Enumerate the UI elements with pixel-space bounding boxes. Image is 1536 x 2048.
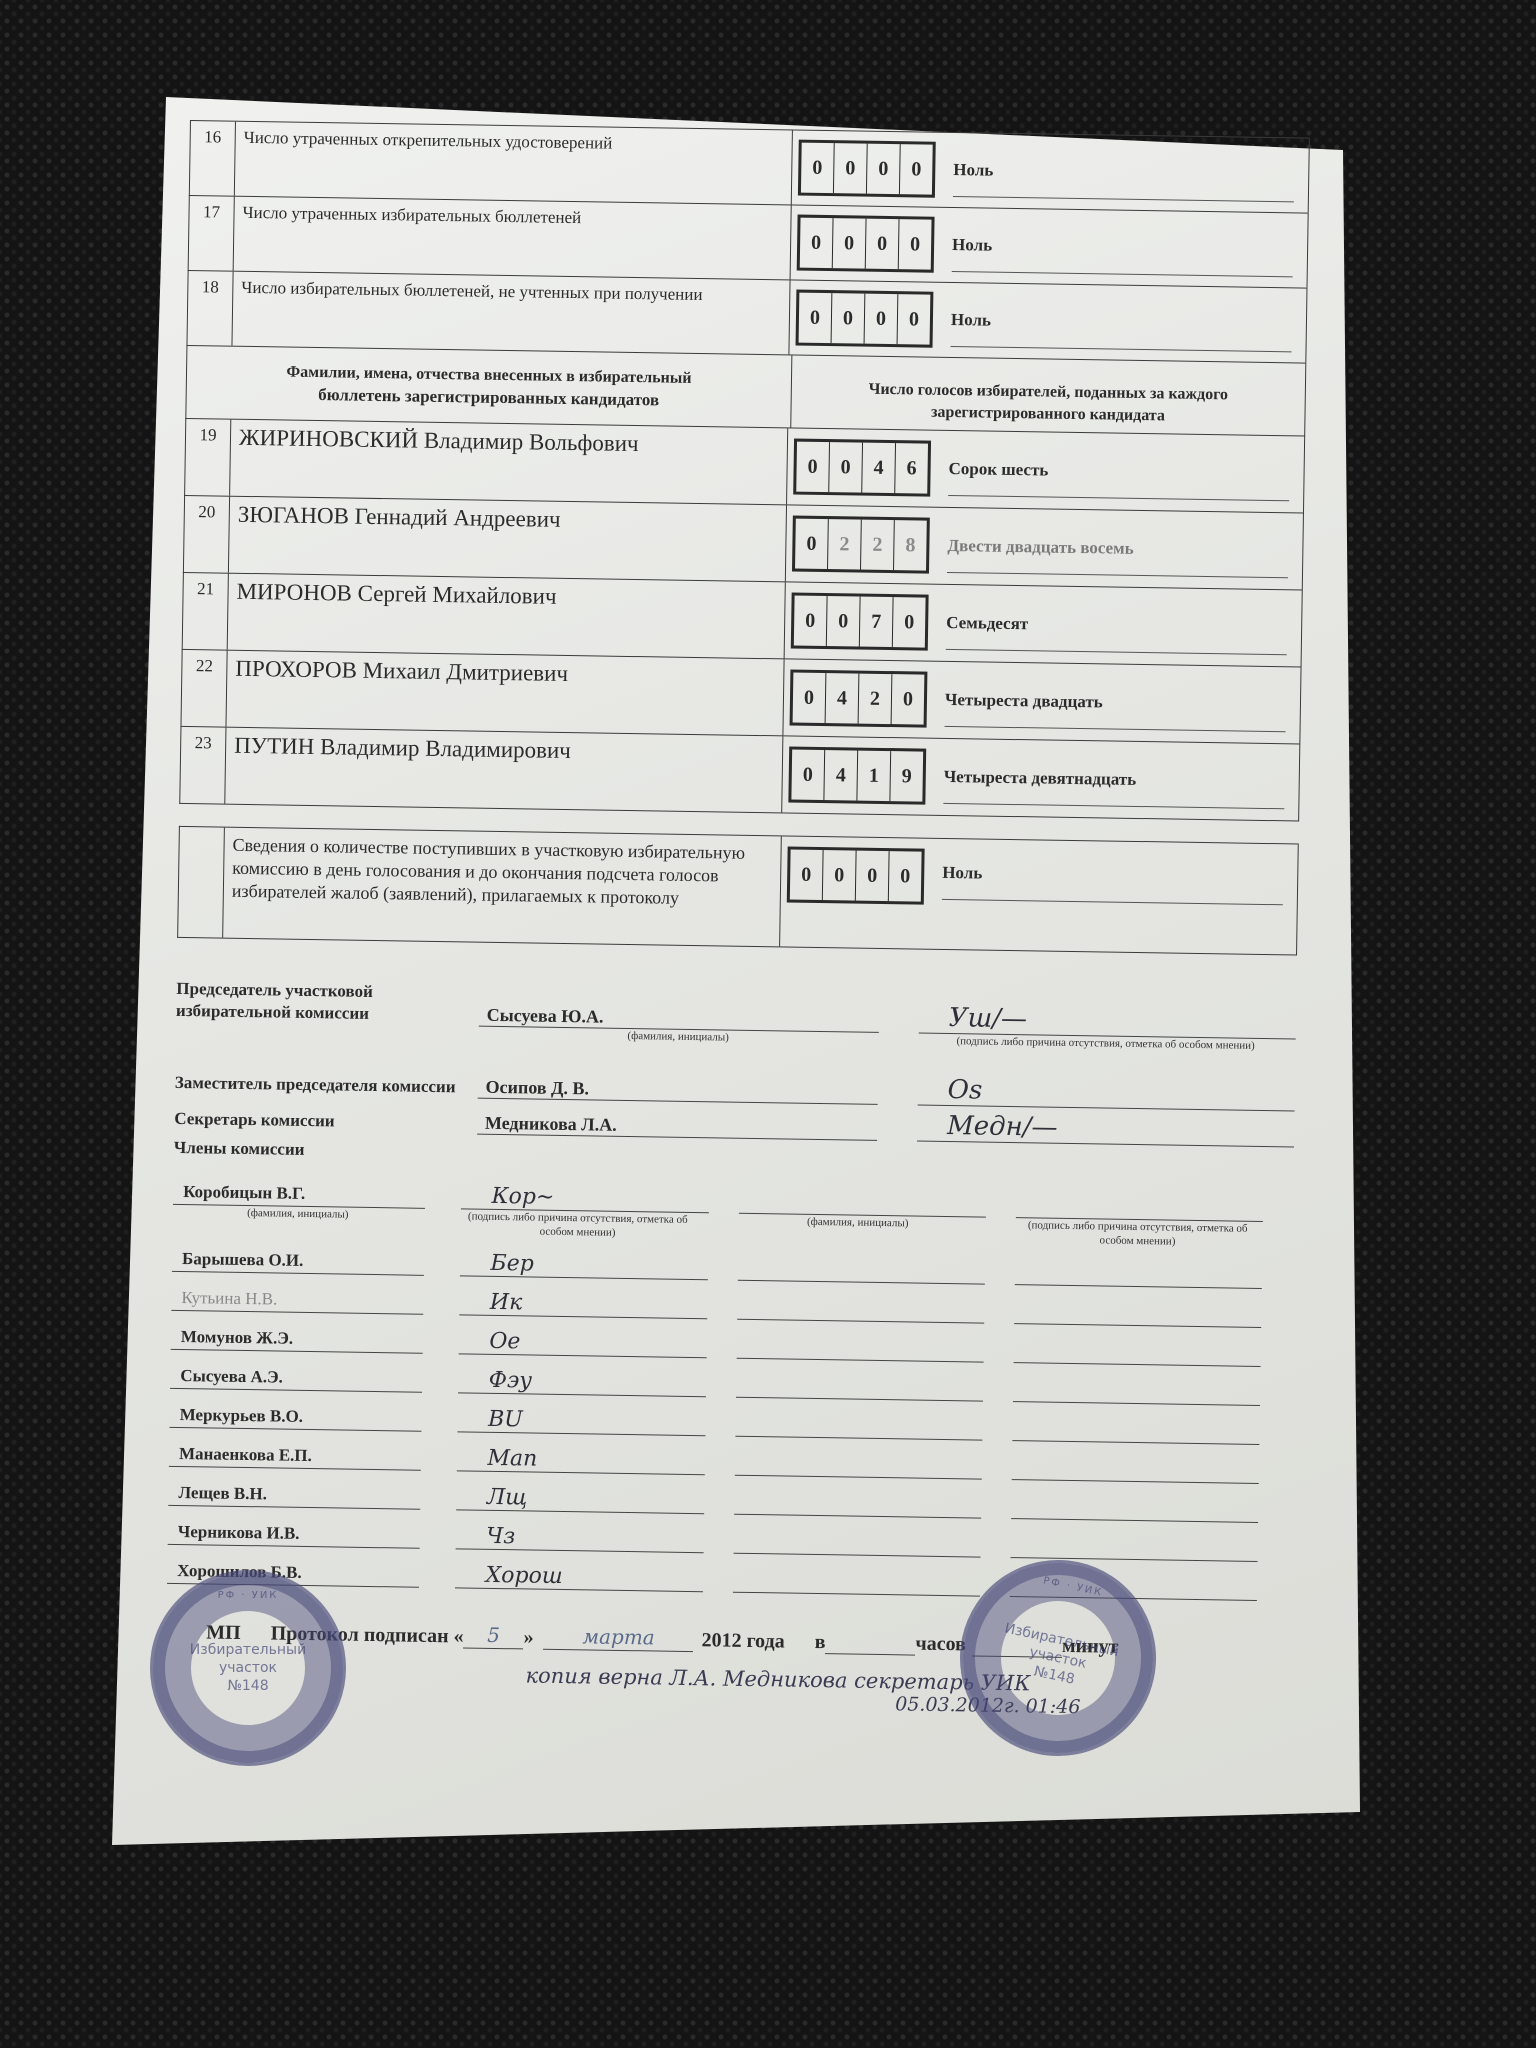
stamp-ring-text: РФ · УИК	[1041, 1572, 1104, 1602]
member-row: Меркурьев В.О. ВU	[169, 1405, 1289, 1446]
digit-cell: 0	[795, 519, 829, 570]
signature-scribble: Уш/—	[949, 1003, 1028, 1034]
digit-boxes: 0420	[790, 669, 928, 727]
year-label: 2012 года	[701, 1629, 784, 1653]
hours-field[interactable]	[825, 1653, 915, 1655]
digit-cell: 0	[801, 143, 835, 194]
digit-boxes: 0228	[792, 516, 930, 574]
signature-scribble: Оѕ	[947, 1075, 982, 1106]
stamp-left: РФ · УИК Избирательный участок №148	[150, 1570, 346, 1766]
vote-count-cell: 0046 Сорок шесть	[787, 428, 1305, 512]
candidate-name: ЖИРИНОВСКИЙ Владимир Вольфович	[230, 420, 788, 505]
digit-cell: 0	[829, 442, 863, 493]
signature-scribble: ВU	[488, 1407, 523, 1433]
vote-count-cell: 0000 Ноль	[791, 205, 1309, 287]
digit-cell: 0	[866, 219, 900, 270]
extra-name-line[interactable]	[733, 1570, 981, 1597]
candidate-name: МИРОНОВ Сергей Михайлович	[228, 574, 786, 659]
signature-scribble: Ик	[490, 1290, 523, 1316]
extra-name-line[interactable]	[734, 1453, 982, 1480]
signature-scribble: Кор~	[491, 1184, 554, 1210]
digit-cell: 6	[895, 443, 928, 493]
extra-signature-line[interactable]	[1015, 1262, 1263, 1289]
name-caption: (фамилия, инициалы)	[173, 1205, 423, 1237]
complaints-section: Сведения о количестве поступивших в учас…	[177, 826, 1299, 956]
row-number: 23	[180, 727, 226, 804]
member-name: Барышева О.И.	[172, 1249, 425, 1276]
month-field[interactable]: марта	[543, 1624, 693, 1652]
complaints-count-cell: 0000 Ноль	[780, 836, 1299, 954]
day-field[interactable]: 5	[463, 1622, 523, 1649]
officer-name: Медникова Л.А.	[477, 1113, 877, 1141]
officer-signature-line[interactable]: Оѕ	[917, 1071, 1295, 1112]
extra-signature-line[interactable]	[1010, 1535, 1258, 1562]
candidate-name: ПРОХОРОВ Михаил Дмитриевич	[226, 651, 784, 736]
member-signature-line[interactable]: ВU	[458, 1409, 706, 1436]
row-number: 18	[187, 271, 233, 346]
digit-boxes: 0000	[787, 846, 925, 904]
info-rows: 16 Число утраченных открепительных удост…	[186, 120, 1309, 363]
member-name: Кутьина Н.В.	[171, 1288, 424, 1315]
officer-signature-line[interactable]: Уш/—	[919, 999, 1297, 1040]
count-in-words: Ноль	[953, 160, 1308, 186]
officer-role: Председатель участковой избирательной ко…	[176, 978, 479, 1027]
extra-name-line[interactable]	[737, 1258, 985, 1285]
extra-name-line[interactable]	[736, 1375, 984, 1402]
member-signature-line[interactable]: Бер	[460, 1253, 708, 1280]
member-row: Барышева О.И. Бер	[172, 1249, 1292, 1290]
officer-role: Секретарь комиссии	[174, 1108, 477, 1135]
digit-cell: 0	[833, 218, 867, 269]
digit-cell: 0	[889, 851, 922, 901]
digit-cell: 4	[826, 673, 860, 724]
extra-name-line[interactable]	[735, 1414, 983, 1441]
signature-caption: (подпись либо причина отсутствия, отметк…	[452, 1209, 702, 1241]
digit-boxes: 0000	[797, 215, 935, 273]
row-number-empty	[178, 827, 225, 938]
member-name: Момунов Ж.Э.	[171, 1327, 424, 1354]
member-name: Черникова И.В.	[168, 1522, 421, 1549]
digit-cell: 0	[867, 144, 901, 195]
stamp-ring-text: РФ · УИК	[218, 1587, 279, 1605]
extra-signature-line[interactable]	[1011, 1496, 1259, 1523]
extra-signature-line[interactable]	[1014, 1301, 1262, 1328]
member-row: Сысуева А.Э. Фэу	[170, 1366, 1290, 1407]
extra-name-line[interactable]	[737, 1297, 985, 1324]
extra-signature-line[interactable]	[1013, 1379, 1261, 1406]
digit-cell: 0	[793, 673, 827, 724]
extra-name-line[interactable]	[739, 1191, 987, 1218]
extra-signature-line[interactable]	[1012, 1418, 1260, 1445]
digit-cell: 0	[856, 851, 890, 902]
member-row: Момунов Ж.Э. Ое	[171, 1327, 1291, 1368]
name-caption: (фамилия, инициалы)	[732, 1214, 982, 1246]
count-in-words: Сорок шесть	[948, 459, 1303, 485]
digit-cell: 0	[794, 596, 828, 647]
vote-count-cell: 0070 Семьдесят	[785, 582, 1303, 666]
member-signature-line[interactable]: Ик	[460, 1292, 708, 1319]
digit-cell: 9	[890, 751, 923, 801]
member-signature-line[interactable]: Лщ	[457, 1487, 705, 1514]
candidates-header-right: Число голосов избирателей, поданных за к…	[791, 355, 1306, 435]
signature-scribble: Хорош	[485, 1563, 562, 1589]
digit-cell: 0	[834, 143, 868, 194]
quote-close: »	[523, 1626, 533, 1649]
member-signature-line[interactable]: Фэу	[458, 1370, 706, 1397]
vote-count-cell: 0000 Ноль	[789, 280, 1307, 362]
signature-scribble: Бер	[490, 1251, 534, 1277]
signature-scribble: Мап	[487, 1446, 537, 1472]
digit-cell: 4	[824, 750, 858, 801]
vote-count-cell: 0420 Четыреста двадцать	[783, 659, 1301, 743]
member-signature-line[interactable]: Кор~	[461, 1186, 709, 1213]
candidate-row: 23 ПУТИН Владимир Владимирович 0419 Четы…	[179, 726, 1300, 822]
candidates-header-left: Фамилии, имена, отчества внесенных в изб…	[186, 346, 792, 427]
row-label: Число утраченных избирательных бюллетене…	[234, 197, 792, 280]
digit-cell: 2	[861, 520, 895, 571]
digit-cell: 0	[865, 294, 899, 345]
member-name: Меркурьев В.О.	[169, 1405, 422, 1432]
digit-boxes: 0046	[793, 439, 931, 497]
vote-count-cell: 0228 Двести двадцать восемь	[786, 505, 1304, 589]
signature-scribble: Чз	[486, 1524, 515, 1549]
digit-boxes: 0419	[788, 746, 926, 804]
digit-cell: 0	[800, 218, 834, 269]
member-row: Манаенкова Е.П. Мап	[169, 1444, 1289, 1485]
digit-cell: 4	[862, 443, 896, 494]
member-signature-line[interactable]: Мап	[457, 1448, 705, 1475]
signature-scribble: Ое	[489, 1329, 520, 1354]
extra-name-line[interactable]	[733, 1531, 981, 1558]
row-number: 22	[181, 650, 227, 727]
signature-scribble: Лщ	[487, 1485, 528, 1511]
at-label: в	[814, 1631, 825, 1654]
digit-boxes: 0000	[796, 290, 934, 348]
row-label: Число утраченных открепительных удостове…	[235, 122, 793, 205]
complaints-label: Сведения о количестве поступивших в учас…	[223, 828, 782, 947]
member-row: Черникова И.В. Чз	[168, 1522, 1288, 1563]
extra-signature-line[interactable]	[1012, 1457, 1260, 1484]
vote-count-cell: 0419 Четыреста девятнадцать	[782, 736, 1300, 820]
member-name: Лещев В.Н.	[168, 1483, 421, 1510]
row-number: 19	[185, 419, 231, 496]
signature-scribble: Медн/—	[947, 1111, 1058, 1143]
digit-cell: 0	[823, 850, 857, 901]
signatures-block: Председатель участковой избирательной ко…	[167, 964, 1297, 1602]
row-number: 17	[189, 196, 235, 271]
digit-cell: 0	[892, 674, 925, 724]
digit-cell: 1	[857, 751, 891, 802]
vote-count-cell: 0000 Ноль	[792, 130, 1310, 212]
digit-cell: 0	[827, 596, 861, 647]
digit-cell: 0	[796, 442, 830, 493]
signature-caption: (подпись либо причина отсутствия, отметк…	[1012, 1218, 1262, 1250]
hours-label: часов	[915, 1633, 966, 1657]
row-number: 20	[184, 496, 230, 573]
row-label: Число избирательных бюллетеней, не учтен…	[232, 272, 790, 355]
row-number: 21	[183, 573, 229, 650]
member-signature-line[interactable]: Хорош	[455, 1565, 703, 1592]
digit-cell: 0	[900, 144, 933, 194]
signature-scribble: Фэу	[488, 1368, 532, 1394]
member-name: Сысуева А.Э.	[170, 1366, 423, 1393]
digit-cell: 7	[860, 597, 894, 648]
extra-signature-line[interactable]	[1013, 1340, 1261, 1367]
extra-signature-line[interactable]	[1016, 1195, 1264, 1222]
extra-name-line[interactable]	[736, 1336, 984, 1363]
complaints-row: Сведения о количестве поступивших в учас…	[177, 826, 1299, 956]
digit-boxes: 0070	[791, 593, 929, 651]
count-in-words: Четыреста двадцать	[945, 690, 1300, 716]
member-row: Лещев В.Н. Лщ	[168, 1483, 1288, 1524]
digit-cell: 0	[893, 597, 926, 647]
count-in-words: Семьдесят	[946, 613, 1301, 639]
digit-cell: 8	[894, 520, 927, 570]
digit-cell: 0	[899, 219, 932, 269]
candidate-name: ЗЮГАНОВ Геннадий Андреевич	[229, 497, 787, 582]
count-in-words: Ноль	[951, 310, 1306, 336]
digit-cell: 0	[791, 750, 825, 801]
count-in-words: Двести двадцать восемь	[947, 536, 1302, 562]
candidate-name: ПУТИН Владимир Владимирович	[225, 728, 783, 813]
officer-signature-line[interactable]: Медн/—	[917, 1107, 1295, 1148]
digit-cell: 2	[859, 674, 893, 725]
member-signature-line[interactable]: Чз	[456, 1526, 704, 1553]
member-row: Кутьина Н.В. Ик	[171, 1288, 1291, 1329]
row-number: 16	[190, 121, 236, 196]
digit-cell: 2	[828, 519, 862, 570]
digit-cell: 0	[799, 293, 833, 344]
count-in-words: Четыреста девятнадцать	[944, 767, 1299, 793]
digit-cell: 0	[790, 850, 824, 901]
digit-cell: 0	[898, 294, 931, 344]
candidate-rows: 19 ЖИРИНОВСКИЙ Владимир Вольфович 0046 С…	[179, 418, 1305, 822]
digit-boxes: 0000	[798, 140, 936, 198]
count-in-words: Ноль	[942, 863, 1297, 889]
digit-cell: 0	[832, 293, 866, 344]
extra-name-line[interactable]	[734, 1492, 982, 1519]
member-name: Манаенкова Е.П.	[169, 1444, 422, 1471]
member-signature-line[interactable]: Ое	[459, 1331, 707, 1358]
protocol-content: 16 Число утраченных открепительных удост…	[165, 120, 1310, 1721]
count-in-words: Ноль	[952, 235, 1307, 261]
